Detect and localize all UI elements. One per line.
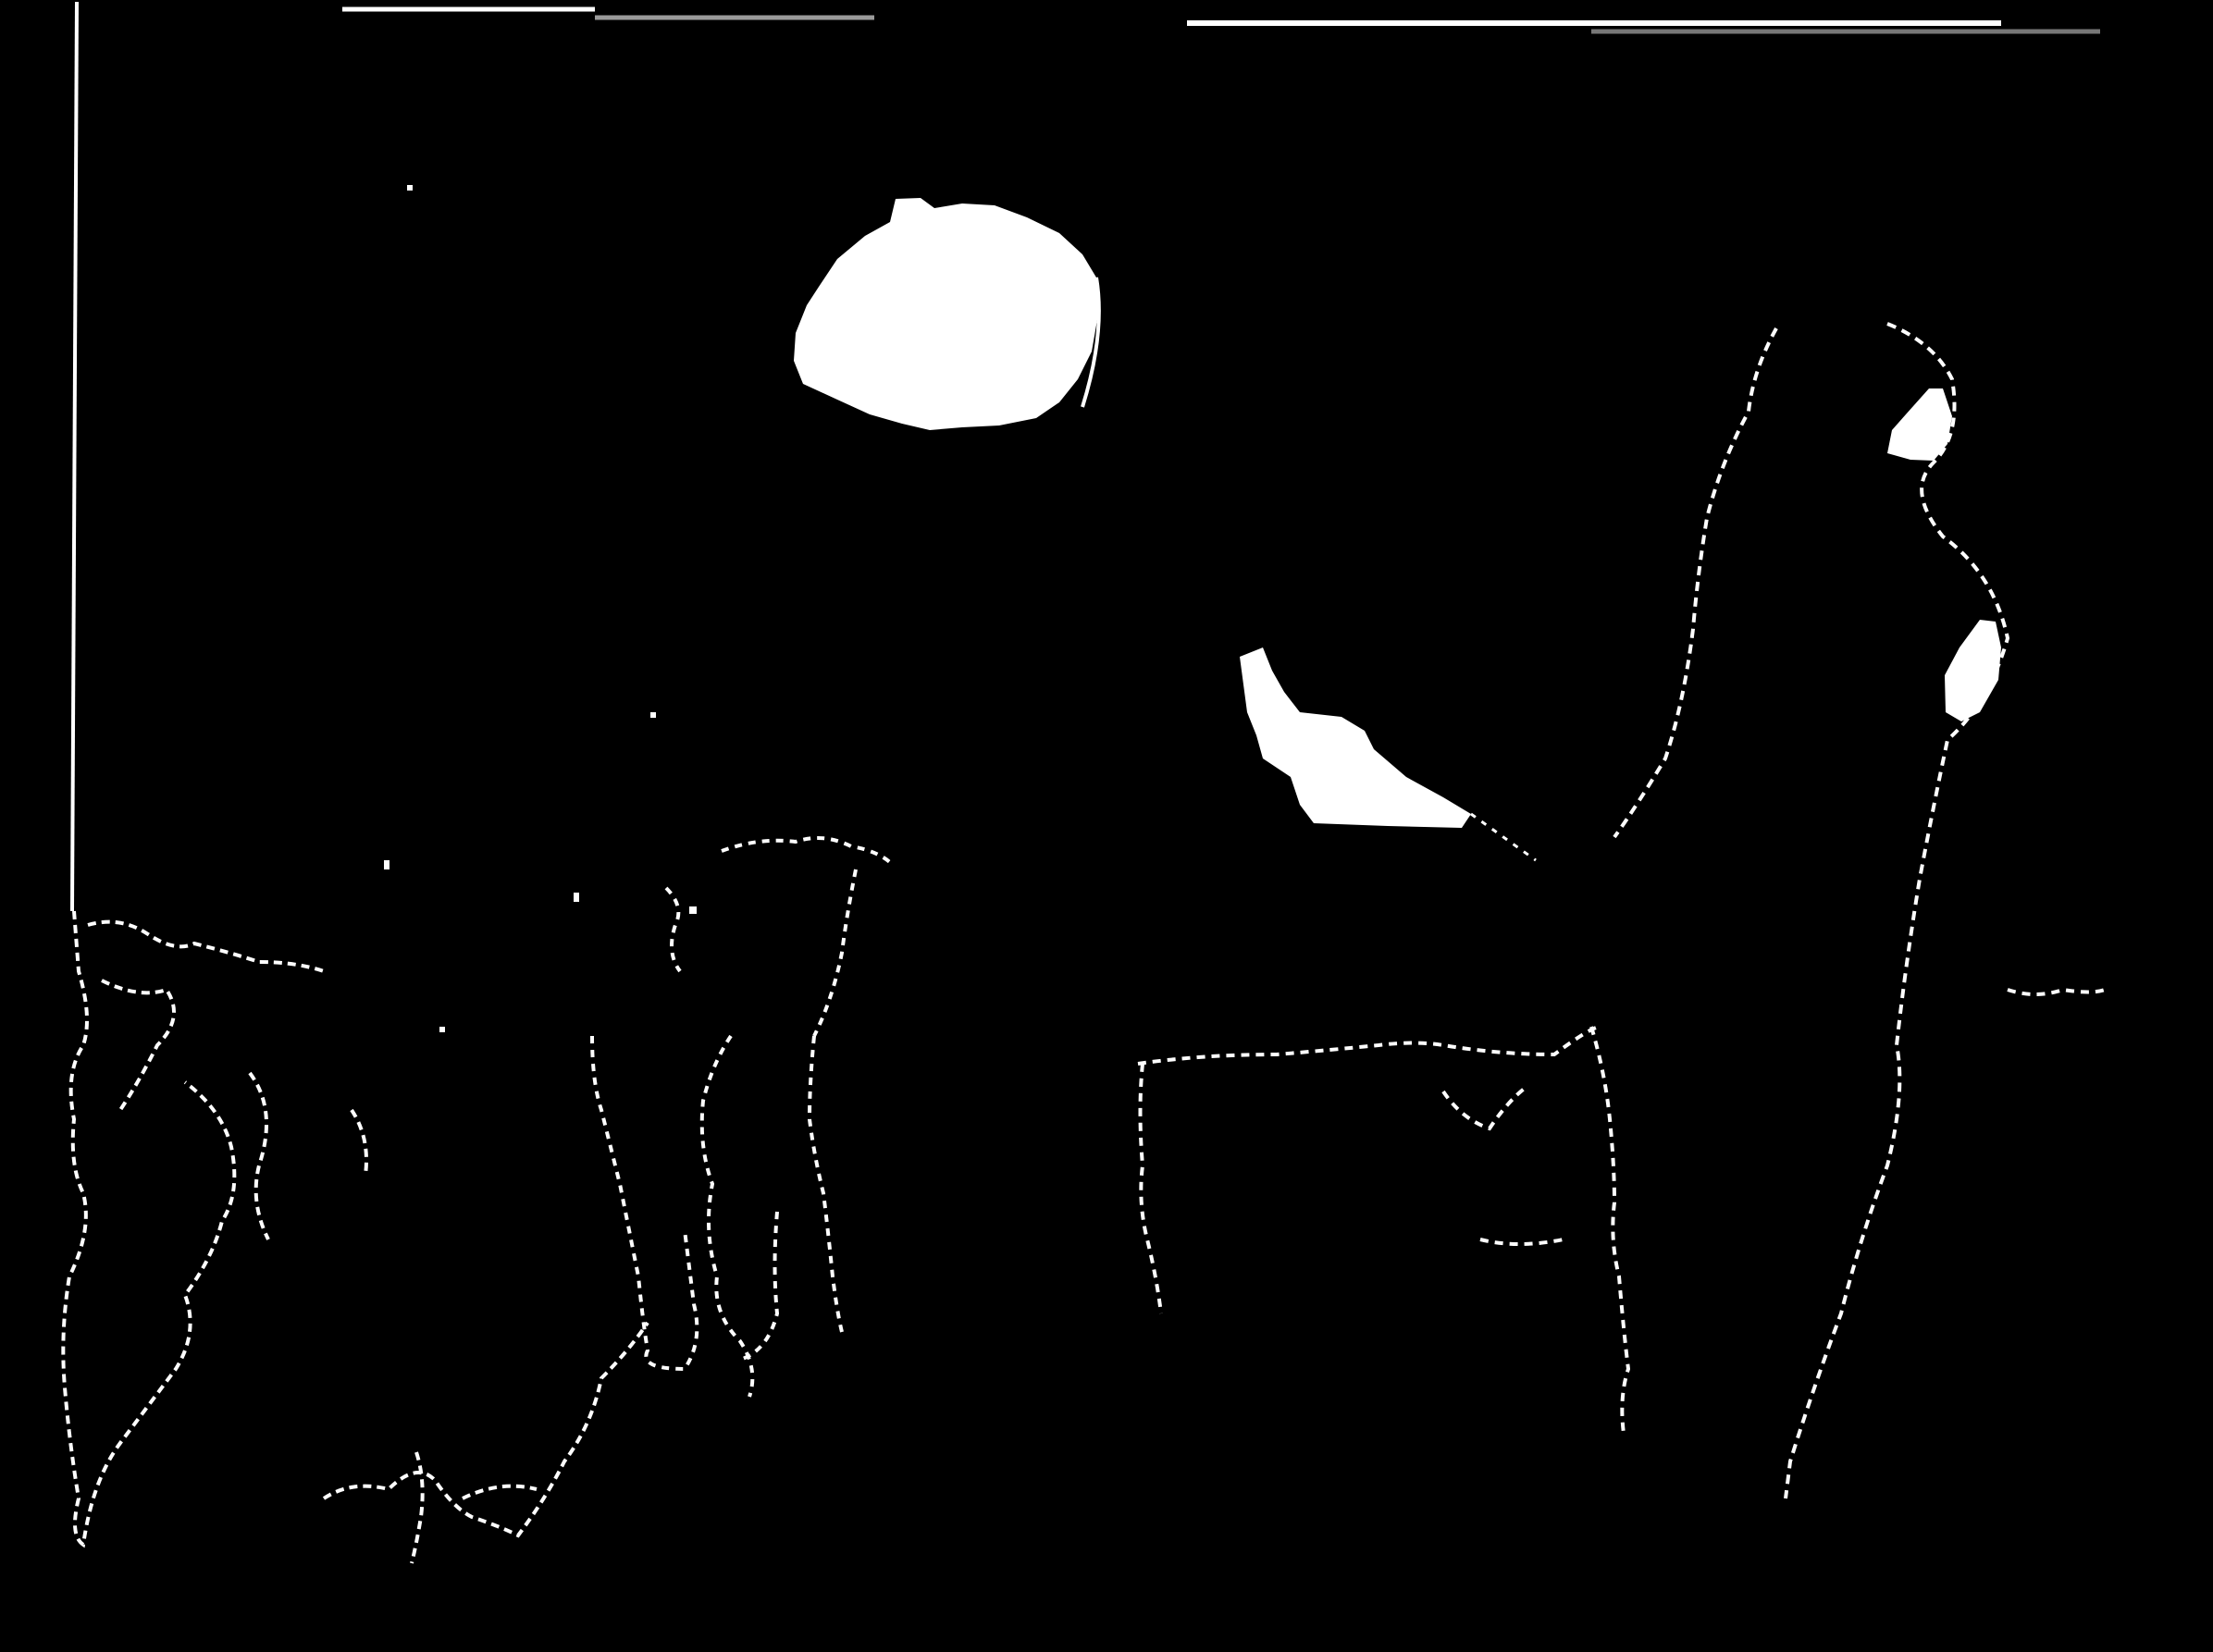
edge-image-canvas: [0, 0, 2213, 1652]
